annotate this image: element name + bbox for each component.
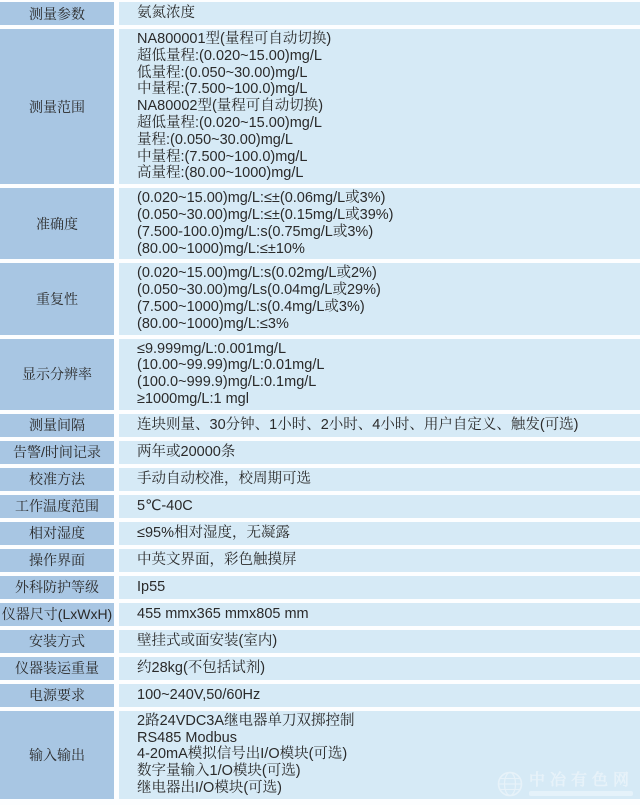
spec-table: 测量参数 氨氮浓度 测量范围 NA800001型(量程可自动切换)超低量程:(0… [0,2,640,799]
spec-sheet-page: 测量参数 氨氮浓度 测量范围 NA800001型(量程可自动切换)超低量程:(0… [0,0,640,805]
spec-value: 氨氮浓度 [119,2,640,25]
spec-value: 两年或20000条 [119,441,640,464]
spec-value-line: 4-20mA模拟信号出I/O模块(可选) [137,746,632,763]
spec-value: NA800001型(量程可自动切换)超低量程:(0.020~15.00)mg/L… [119,29,640,184]
spec-value-line: (100.0~999.9)mg/L:0.1mg/L [137,374,632,391]
spec-value-line: (0.050~30.00)mg/L:≤±(0.15mg/L或39%) [137,207,632,224]
spec-value-line: NA800001型(量程可自动切换) [137,31,632,48]
spec-value-line: 手动自动校准，校周期可选 [137,471,632,488]
table-row: 相对湿度 ≤95%相对湿度，无凝露 [0,522,640,545]
spec-label: 工作温度范围 [0,495,114,518]
table-row: 工作温度范围 5℃-40C [0,495,640,518]
spec-value-line: (80.00~1000)mg/L:≤±10% [137,241,632,258]
table-row: 准确度 (0.020~15.00)mg/L:≤±(0.06mg/L或3%)(0.… [0,188,640,259]
spec-value-line: Ip55 [137,579,632,596]
spec-value-line: 连块则量、30分钟、1小时、2小时、4小时、用户自定义、触发(可选) [137,417,632,434]
spec-value-line: (0.050~30.00)mg/Ls(0.04mg/L或29%) [137,282,632,299]
spec-label: 相对湿度 [0,522,114,545]
table-row: 电源要求 100~240V,50/60Hz [0,684,640,707]
spec-value-line: 高量程:(80.00~1000)mg/L [137,165,632,182]
spec-value: ≤9.999mg/L:0.001mg/L(10.00~99.99)mg/L:0.… [119,339,640,410]
spec-value-line: 低量程:(0.050~30.00)mg/L [137,65,632,82]
spec-label: 显示分辨率 [0,339,114,410]
spec-value: 455 mmx365 mmx805 mm [119,603,640,626]
spec-label: 告警/时间记录 [0,441,114,464]
spec-value-line: 超低量程:(0.020~15.00)mg/L [137,48,632,65]
table-row: 告警/时间记录 两年或20000条 [0,441,640,464]
spec-value-line: 壁挂式或面安装(室内) [137,633,632,650]
table-row: 输入输出 2路24VDC3A继电器单刀双掷控制RS485 Modbus4-20m… [0,711,640,799]
spec-value-line: RS485 Modbus [137,730,632,747]
table-row: 显示分辨率 ≤9.999mg/L:0.001mg/L(10.00~99.99)m… [0,339,640,410]
table-row: 操作界面 中英文界面，彩色触摸屏 [0,549,640,572]
spec-value: (0.020~15.00)mg/L:s(0.02mg/L或2%)(0.050~3… [119,263,640,334]
spec-label: 重复性 [0,263,114,334]
spec-value-line: 2路24VDC3A继电器单刀双掷控制 [137,713,632,730]
spec-label: 测量参数 [0,2,114,25]
spec-value-line: (0.020~15.00)mg/L:≤±(0.06mg/L或3%) [137,190,632,207]
table-row: 仪器尺寸(LxWxH) 455 mmx365 mmx805 mm [0,603,640,626]
spec-value: 中英文界面，彩色触摸屏 [119,549,640,572]
spec-value-line: 中量程:(7.500~100.0)mg/L [137,149,632,166]
spec-value: 5℃-40C [119,495,640,518]
table-row: 测量参数 氨氮浓度 [0,2,640,25]
spec-label: 安装方式 [0,630,114,653]
table-row: 安装方式 壁挂式或面安装(室内) [0,630,640,653]
table-row: 测量范围 NA800001型(量程可自动切换)超低量程:(0.020~15.00… [0,29,640,184]
spec-value: 手动自动校准，校周期可选 [119,468,640,491]
spec-value: 100~240V,50/60Hz [119,684,640,707]
spec-value-line: (7.500~1000)mg/L:s(0.4mg/L或3%) [137,299,632,316]
spec-value-line: (0.020~15.00)mg/L:s(0.02mg/L或2%) [137,265,632,282]
spec-value: 2路24VDC3A继电器单刀双掷控制RS485 Modbus4-20mA模拟信号… [119,711,640,799]
spec-value-line: (7.500-100.0)mg/L:s(0.75mg/L或3%) [137,224,632,241]
table-row: 测量间隔 连块则量、30分钟、1小时、2小时、4小时、用户自定义、触发(可选) [0,414,640,437]
spec-value: 壁挂式或面安装(室内) [119,630,640,653]
table-row: 外科防护等级 Ip55 [0,576,640,599]
spec-value-line: (10.00~99.99)mg/L:0.01mg/L [137,357,632,374]
spec-value: 连块则量、30分钟、1小时、2小时、4小时、用户自定义、触发(可选) [119,414,640,437]
table-row: 重复性 (0.020~15.00)mg/L:s(0.02mg/L或2%)(0.0… [0,263,640,334]
spec-label: 输入输出 [0,711,114,799]
spec-value: Ip55 [119,576,640,599]
spec-value-line: 超低量程:(0.020~15.00)mg/L [137,115,632,132]
spec-value: 约28kg(不包括试剂) [119,657,640,680]
spec-value: ≤95%相对湿度，无凝露 [119,522,640,545]
spec-label: 操作界面 [0,549,114,572]
spec-value-line: ≤95%相对湿度，无凝露 [137,525,632,542]
spec-value-line: 5℃-40C [137,498,632,515]
spec-label: 外科防护等级 [0,576,114,599]
spec-value-line: NA80002型(量程可自动切换) [137,98,632,115]
spec-value-line: 量程:(0.050~30.00)mg/L [137,132,632,149]
spec-label: 仪器装运重量 [0,657,114,680]
table-row: 仪器装运重量 约28kg(不包括试剂) [0,657,640,680]
spec-value-line: 约28kg(不包括试剂) [137,660,632,677]
spec-label: 测量间隔 [0,414,114,437]
spec-value-line: 两年或20000条 [137,444,632,461]
spec-label: 校准方法 [0,468,114,491]
spec-value-line: 中量程:(7.500~100.0)mg/L [137,81,632,98]
spec-label: 准确度 [0,188,114,259]
spec-value-line: 455 mmx365 mmx805 mm [137,606,632,623]
spec-value-line: 数字量输入1/O模块(可选) [137,763,632,780]
table-row: 校准方法 手动自动校准，校周期可选 [0,468,640,491]
spec-label: 仪器尺寸(LxWxH) [0,603,114,626]
spec-label: 电源要求 [0,684,114,707]
spec-value-line: (80.00~1000)mg/L:≤3% [137,316,632,333]
spec-value: (0.020~15.00)mg/L:≤±(0.06mg/L或3%)(0.050~… [119,188,640,259]
spec-value-line: 氨氮浓度 [137,5,632,22]
spec-value-line: ≥1000mg/L:1 mgl [137,391,632,408]
spec-label: 测量范围 [0,29,114,184]
spec-value-line: 继电器出I/O模块(可选) [137,780,632,797]
spec-value-line: 中英文界面，彩色触摸屏 [137,552,632,569]
spec-value-line: ≤9.999mg/L:0.001mg/L [137,341,632,358]
spec-value-line: 100~240V,50/60Hz [137,687,632,704]
